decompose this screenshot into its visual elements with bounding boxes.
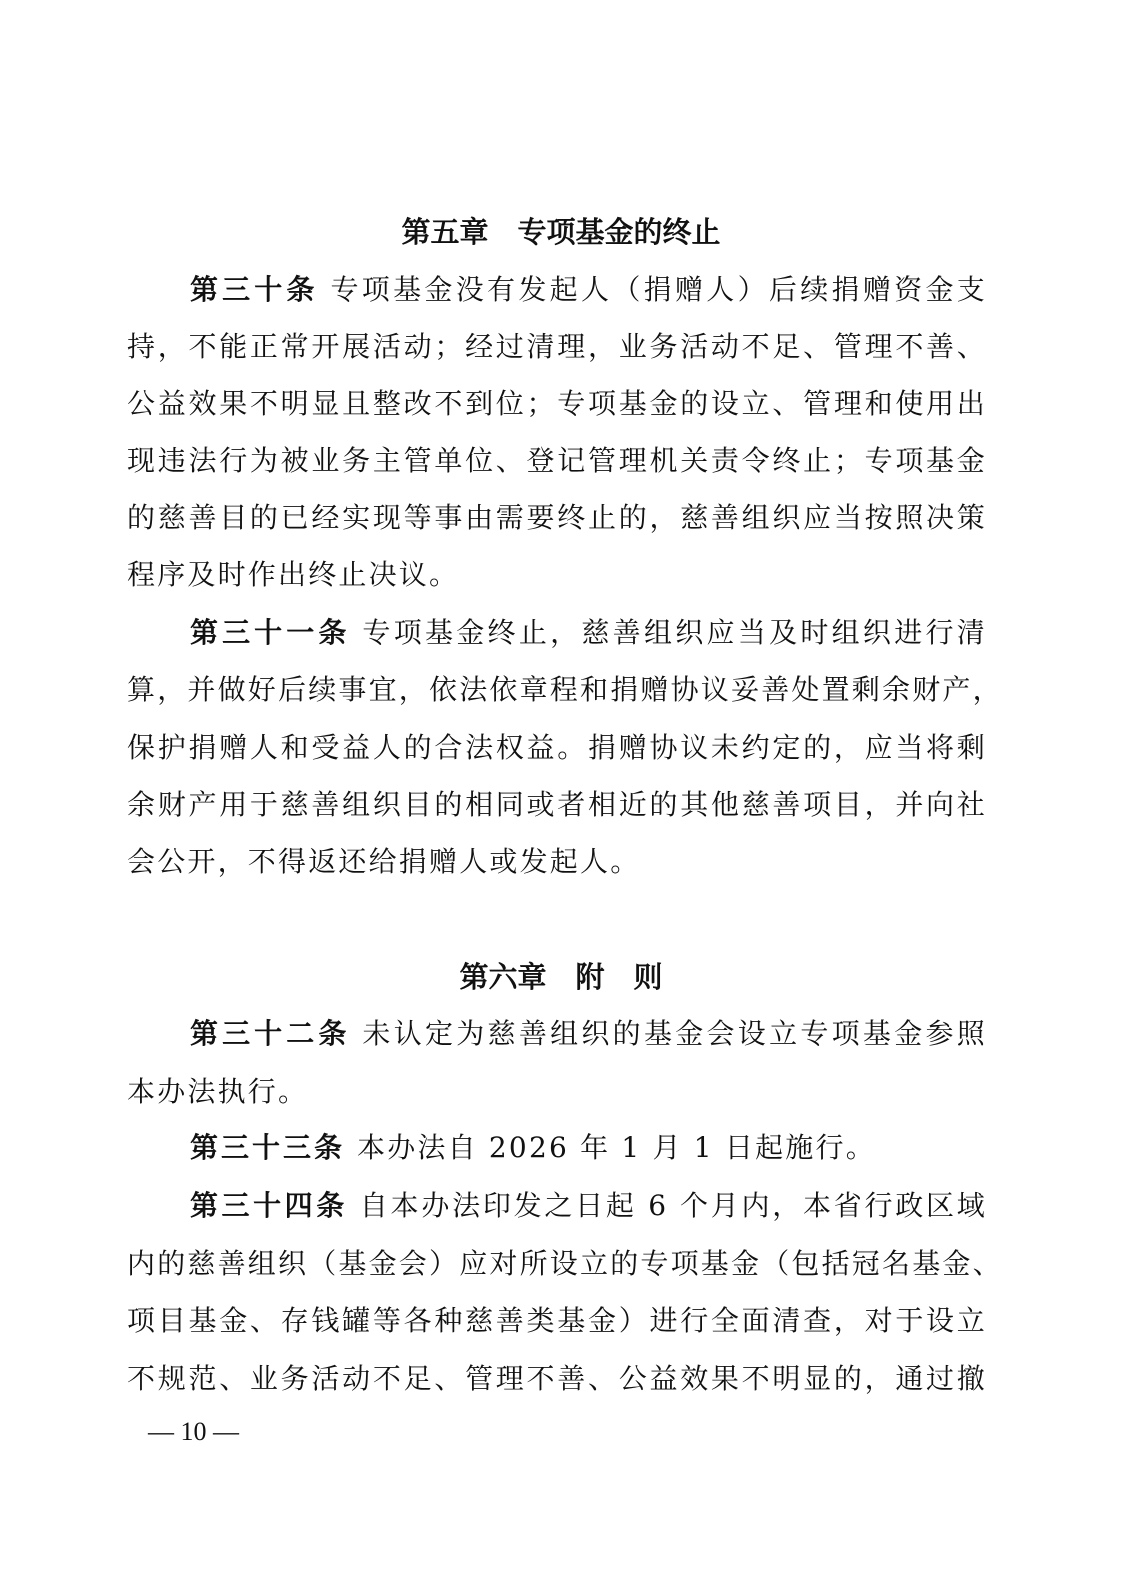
article-text: 自本办法印发之日起 6 个月内，本省行政区域: [360, 1189, 987, 1222]
article-label: 第三十四条: [190, 1189, 348, 1222]
article-text-line: 公益效果不明显且整改不到位；专项基金的设立、管理和使用出: [127, 384, 987, 424]
article-text-line: 持，不能正常开展活动；经过清理，业务活动不足、管理不善、: [127, 327, 987, 367]
chapter-title: 第五章 专项基金的终止: [0, 212, 1122, 252]
article-first-line: 第三十二条未认定为慈善组织的基金会设立专项基金参照: [190, 1014, 987, 1054]
article-text-line: 不规范、业务活动不足、管理不善、公益效果不明显的，通过撤: [127, 1359, 987, 1399]
article-text-line: 项目基金、存钱罐等各种慈善类基金）进行全面清查，对于设立: [127, 1301, 987, 1341]
chapter-title: 第六章 附 则: [0, 957, 1122, 997]
article-text: 专项基金没有发起人（捐赠人）后续捐赠资金支: [330, 273, 987, 306]
article-first-line: 第三十三条本办法自 2026 年 1 月 1 日起施行。: [190, 1128, 987, 1168]
page-number: — 10 —: [148, 1412, 239, 1452]
article-text-line: 算，并做好后续事宜，依法依章程和捐赠协议妥善处置剩余财产，: [127, 670, 987, 710]
article-text-line: 余财产用于慈善组织目的相同或者相近的其他慈善项目，并向社: [127, 785, 987, 825]
article-first-line: 第三十四条自本办法印发之日起 6 个月内，本省行政区域: [190, 1186, 987, 1226]
article-label: 第三十三条: [190, 1131, 345, 1164]
article-text: 本办法自 2026 年 1 月 1 日起施行。: [357, 1131, 876, 1164]
article-first-line: 第三十条专项基金没有发起人（捐赠人）后续捐赠资金支: [190, 270, 987, 310]
article-text-line: 保护捐赠人和受益人的合法权益。捐赠协议未约定的，应当将剩: [127, 728, 987, 768]
article-label: 第三十条: [190, 273, 318, 306]
article-text-line: 现违法行为被业务主管单位、登记管理机关责令终止；专项基金: [127, 441, 987, 481]
article-text: 未认定为慈善组织的基金会设立专项基金参照: [362, 1017, 987, 1050]
article-label: 第三十一条: [190, 616, 350, 649]
document-page: 第五章 专项基金的终止 第三十条专项基金没有发起人（捐赠人）后续捐赠资金支 持，…: [0, 0, 1122, 1596]
article-first-line: 第三十一条专项基金终止，慈善组织应当及时组织进行清: [190, 613, 987, 653]
article-text-line: 的慈善目的已经实现等事由需要终止的，慈善组织应当按照决策: [127, 498, 987, 538]
article-text-line: 会公开，不得返还给捐赠人或发起人。: [127, 842, 987, 882]
article-text-line: 本办法执行。: [127, 1072, 987, 1112]
article-label: 第三十二条: [190, 1017, 350, 1050]
article-text-line: 内的慈善组织（基金会）应对所设立的专项基金（包括冠名基金、: [127, 1244, 987, 1284]
article-text: 专项基金终止，慈善组织应当及时组织进行清: [362, 616, 987, 649]
article-text-line: 程序及时作出终止决议。: [127, 555, 987, 595]
